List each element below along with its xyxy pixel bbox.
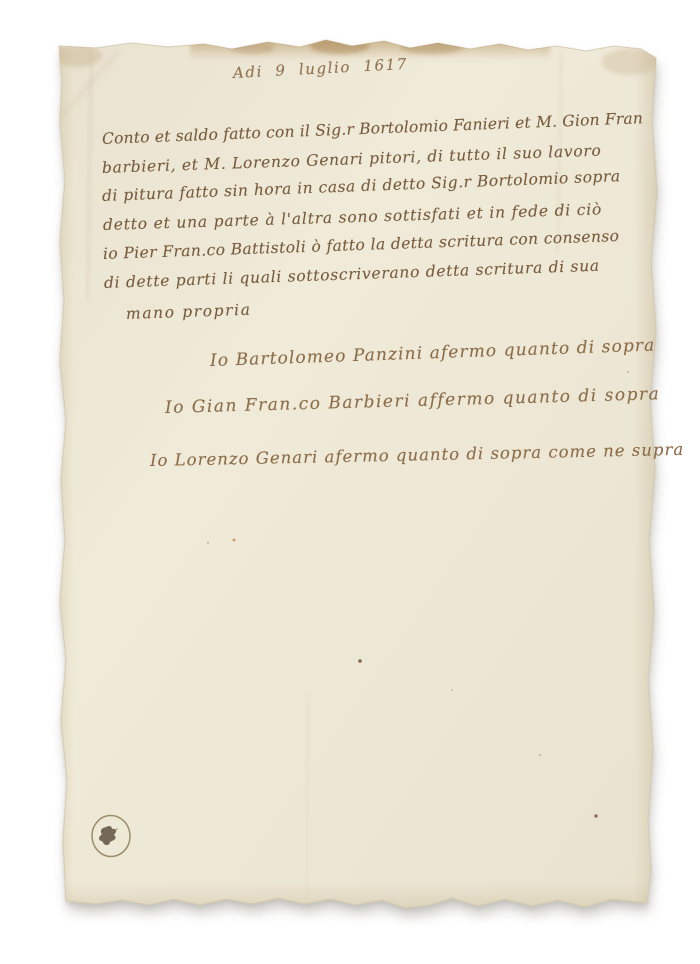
foxing-speck — [207, 542, 209, 544]
paper-artwork — [0, 0, 700, 964]
corner-stain-right — [602, 49, 658, 75]
foxing-speck — [627, 371, 629, 373]
manuscript-photo: Adi 9 luglio 1617 Conto et saldo fatto c… — [0, 0, 700, 964]
stain-blotch — [310, 38, 370, 54]
foxing-speck — [451, 689, 453, 691]
foxing-speck — [358, 659, 362, 663]
right-edge-shading — [634, 40, 658, 910]
paper-sheet — [59, 40, 657, 908]
left-edge-shading — [58, 40, 74, 910]
foxing-speck — [539, 754, 541, 756]
corner-stain-left — [54, 45, 102, 67]
stain-blotch — [400, 40, 464, 54]
foxing-speck — [594, 814, 597, 817]
foxing-speck — [233, 539, 236, 542]
